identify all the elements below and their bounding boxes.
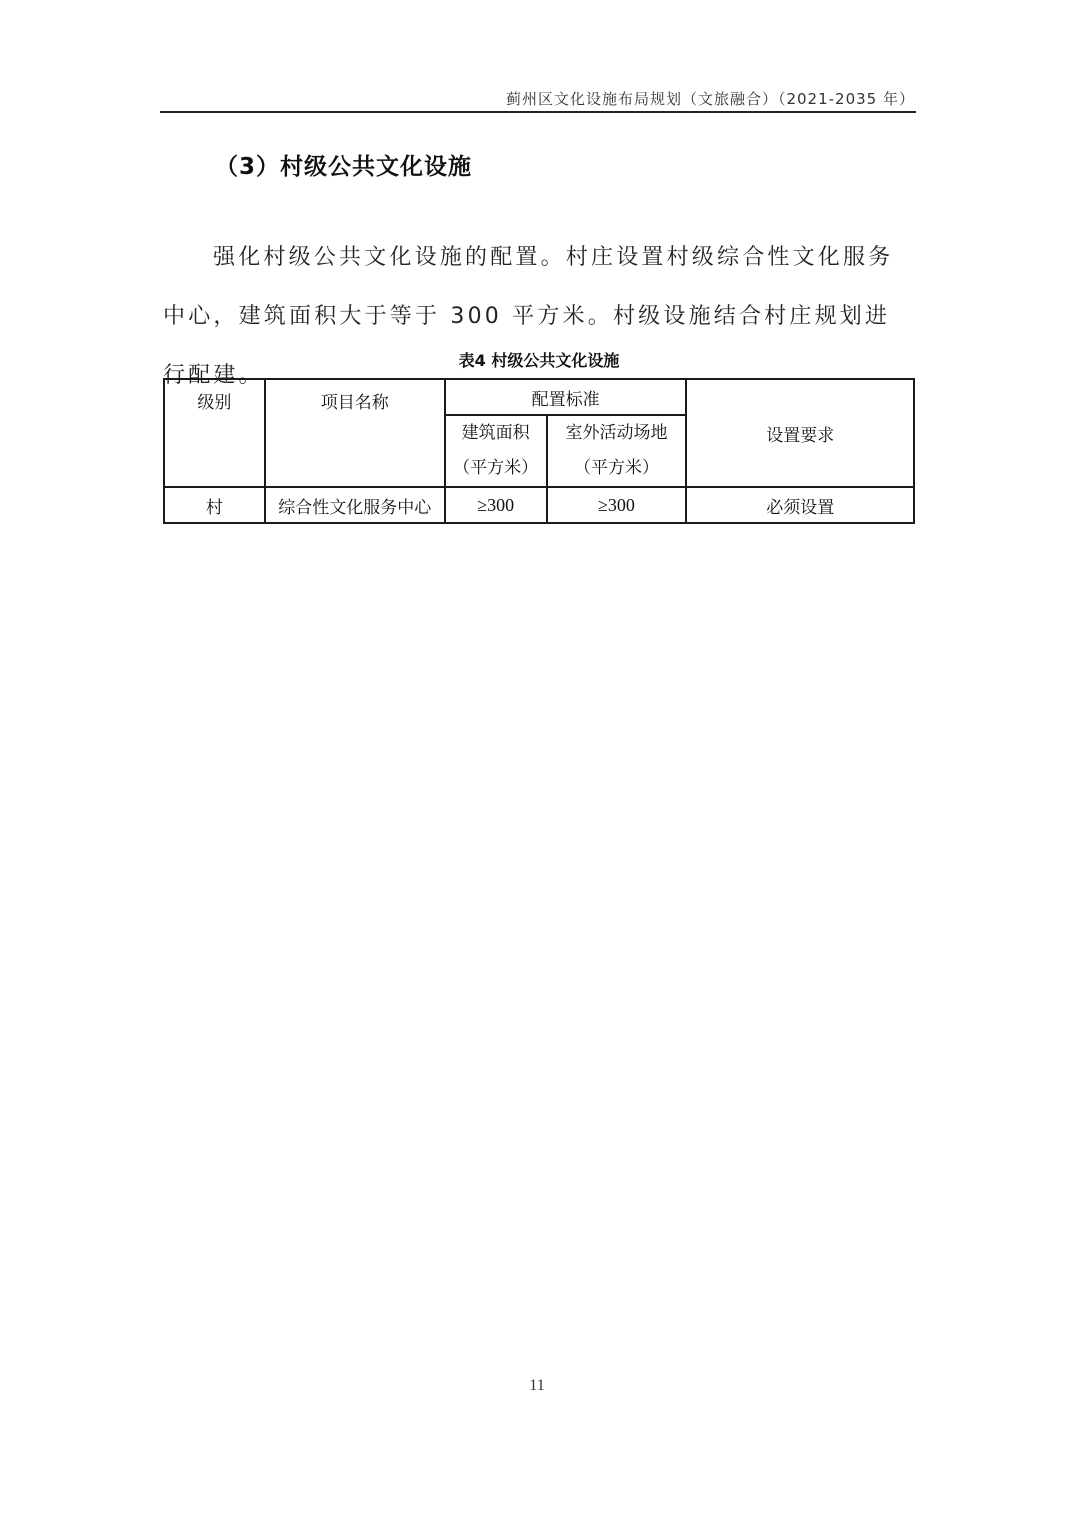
cell-outdoor-area: ≥300: [547, 487, 687, 523]
section-title: （3）村级公共文化设施: [215, 148, 472, 181]
header-requirement: 设置要求: [686, 379, 914, 487]
table-row: 村 综合性文化服务中心 ≥300 ≥300 必须设置: [164, 487, 914, 523]
cell-requirement: 必须设置: [686, 487, 914, 523]
cell-project-name: 综合性文化服务中心: [265, 487, 445, 523]
cell-building-area: ≥300: [445, 487, 547, 523]
header-level: 级别: [164, 379, 265, 487]
outdoor-area-unit: （平方米）: [548, 451, 686, 486]
header-outdoor-area: 室外活动场地 （平方米）: [547, 415, 687, 487]
cell-level: 村: [164, 487, 265, 523]
header-project-name: 项目名称: [265, 379, 445, 487]
building-area-label: 建筑面积: [446, 416, 546, 451]
building-area-unit: （平方米）: [446, 451, 546, 486]
header-config-standard: 配置标准: [445, 379, 687, 415]
outdoor-area-label: 室外活动场地: [548, 416, 686, 451]
header-divider: [160, 111, 916, 113]
facility-table: 级别 项目名称 配置标准 设置要求 建筑面积 （平方米） 室外活动场地 （平方米…: [163, 378, 915, 524]
running-header: 蓟州区文化设施布局规划（文旅融合）（2021-2035 年）: [160, 88, 915, 109]
header-building-area: 建筑面积 （平方米）: [445, 415, 547, 487]
page-number: 11: [0, 1377, 1074, 1395]
table-caption: 表4 村级公共文化设施: [163, 348, 915, 371]
table-header-row: 级别 项目名称 配置标准 设置要求: [164, 379, 914, 415]
